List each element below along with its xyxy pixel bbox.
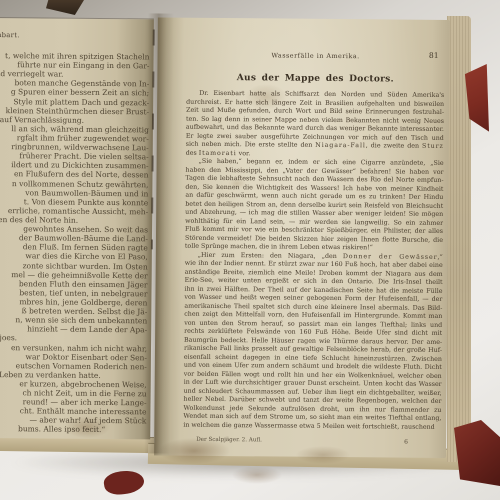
text-line: den Fluß. Im fernen Süden ragte [0, 242, 148, 253]
text-line: en Flußufern des del Norte, dessen [0, 169, 149, 180]
text-line: und verriegelt war. [0, 69, 63, 79]
footer-signature-mark: 6 [404, 439, 408, 446]
text-line: bums. Alles ipso fecit.“ [0, 424, 105, 435]
right-page-body: Dr. Eisenbart hatte als Schiffsarzt den … [183, 90, 444, 432]
open-book: nbart. t, welche mit ihren spitzigen Sta… [0, 11, 482, 472]
text-line: n, wenn sie sich dem unbekannten [0, 315, 147, 326]
text-line: g Spuren einer bessern Zeit an sich; [0, 87, 149, 98]
book-photograph: nbart. t, welche mit ihren spitzigen Sta… [0, 0, 500, 500]
left-page-body: t, welche mit ihren spitzigen Stachelnfü… [0, 50, 150, 435]
text-line: ingen des del Norte hin. [0, 214, 78, 224]
footer-imprint: Der Scalpjäger. 2. Aufl. [196, 437, 262, 444]
text-line: cht. Enthält manche interessante [0, 406, 146, 417]
text-line: n vollkommenen Schutz gewährten, [0, 178, 148, 189]
text-line: en versunken, nahm ich nicht wahr, [0, 342, 147, 353]
text-line: mein Leben zu verdanken hatte. [0, 369, 101, 380]
text-line: joes. [0, 333, 17, 343]
left-running-head: nbart. [0, 30, 20, 39]
text-line: eten auf Vernachlässigung. [0, 114, 84, 125]
text-line: hinzieht — dem Lande der Apa- [0, 324, 147, 335]
